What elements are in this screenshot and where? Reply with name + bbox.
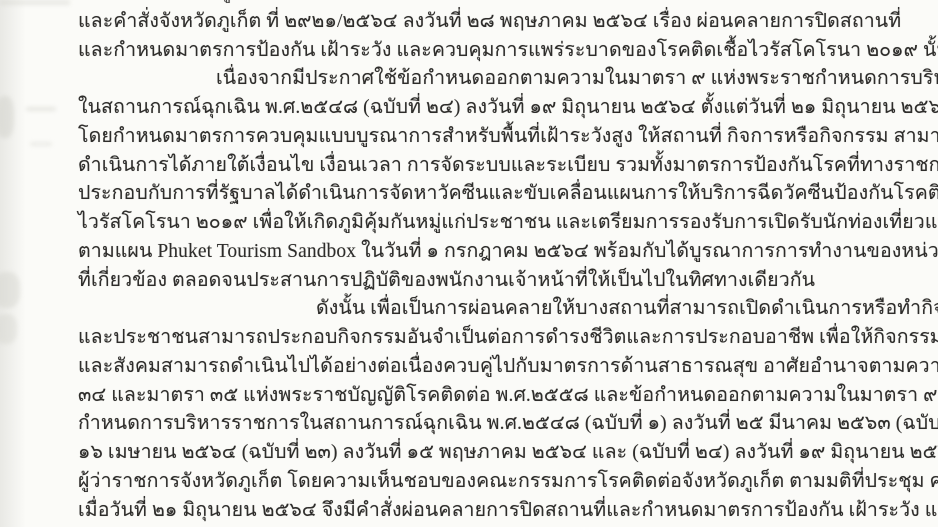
text-line: ในสถานการณ์ฉุกเฉิน พ.ศ.๒๕๔๘ (ฉบับที่ ๒๔)…	[78, 94, 888, 123]
text-line: ดังนั้น เพื่อเป็นการผ่อนคลายให้บางสถานที…	[78, 295, 888, 324]
text-line: และสังคมสามารถดำเนินไปได้อย่างต่อเนื่องค…	[78, 353, 888, 382]
text-line-clipped-top: ตามคำสั่งจังหวัดภูเก็ตที่เกี่ยวข้องกับกา…	[78, 0, 888, 8]
scan-artifact	[0, 272, 20, 308]
scan-artifact	[30, 142, 52, 146]
text-line: ที่เกี่ยวข้อง ตลอดจนประสานการปฏิบัติของพ…	[78, 267, 888, 296]
text-line: ดำเนินการได้ภายใต้เงื่อนไข เงื่อนเวลา กา…	[78, 152, 888, 181]
text-line: ๑๖ เมษายน ๒๕๖๔ (ฉบับที่ ๒๓) ลงวันที่ ๑๕ …	[78, 439, 888, 468]
text-line-clipped-bottom: เมื่อวันที่ ๒๑ มิถุนายน ๒๕๖๔ จึงมีคำสั่ง…	[78, 497, 888, 526]
text-line: และกำหนดมาตรการป้องกัน เฝ้าระวัง และควบค…	[78, 37, 888, 66]
text-line: ๓๔ และมาตรา ๓๕ แห่งพระราชบัญญัติโรคติดต่…	[78, 382, 888, 411]
text-line: โดยกำหนดมาตรการควบคุมแบบบูรณาการสำหรับพื…	[78, 123, 888, 152]
scan-artifact	[26, 107, 56, 111]
scan-artifact	[0, 96, 14, 138]
text-line: ประกอบกับการที่รัฐบาลได้ดำเนินการจัดหาวั…	[78, 180, 888, 209]
text-line: เนื่องจากมีประกาศใช้ข้อกำหนดออกตามความใน…	[78, 65, 888, 94]
text-line: ตามแผน Phuket Tourism Sandbox ในวันที่ ๑…	[78, 238, 888, 267]
text-line: ไวรัสโคโรนา ๒๐๑๙ เพื่อให้เกิดภูมิคุ้มกัน…	[78, 209, 888, 238]
scan-artifact	[0, 0, 70, 5]
text-line: และคำสั่งจังหวัดภูเก็ต ที่ ๒๙๒๑/๒๕๖๔ ลงว…	[78, 8, 888, 37]
scan-artifact	[0, 314, 17, 344]
document-text-block: ตามคำสั่งจังหวัดภูเก็ตที่เกี่ยวข้องกับกา…	[78, 0, 888, 525]
document-page: ตามคำสั่งจังหวัดภูเก็ตที่เกี่ยวข้องกับกา…	[0, 0, 938, 527]
text-line: และประชาชนสามารถประกอบกิจกรรมอันจำเป็นต่…	[78, 324, 888, 353]
scan-edge-shading	[0, 0, 26, 527]
text-line: กำหนดการบริหารราชการในสถานการณ์ฉุกเฉิน พ…	[78, 410, 888, 439]
text-line: ผู้ว่าราชการจังหวัดภูเก็ต โดยความเห็นชอบ…	[78, 468, 888, 497]
